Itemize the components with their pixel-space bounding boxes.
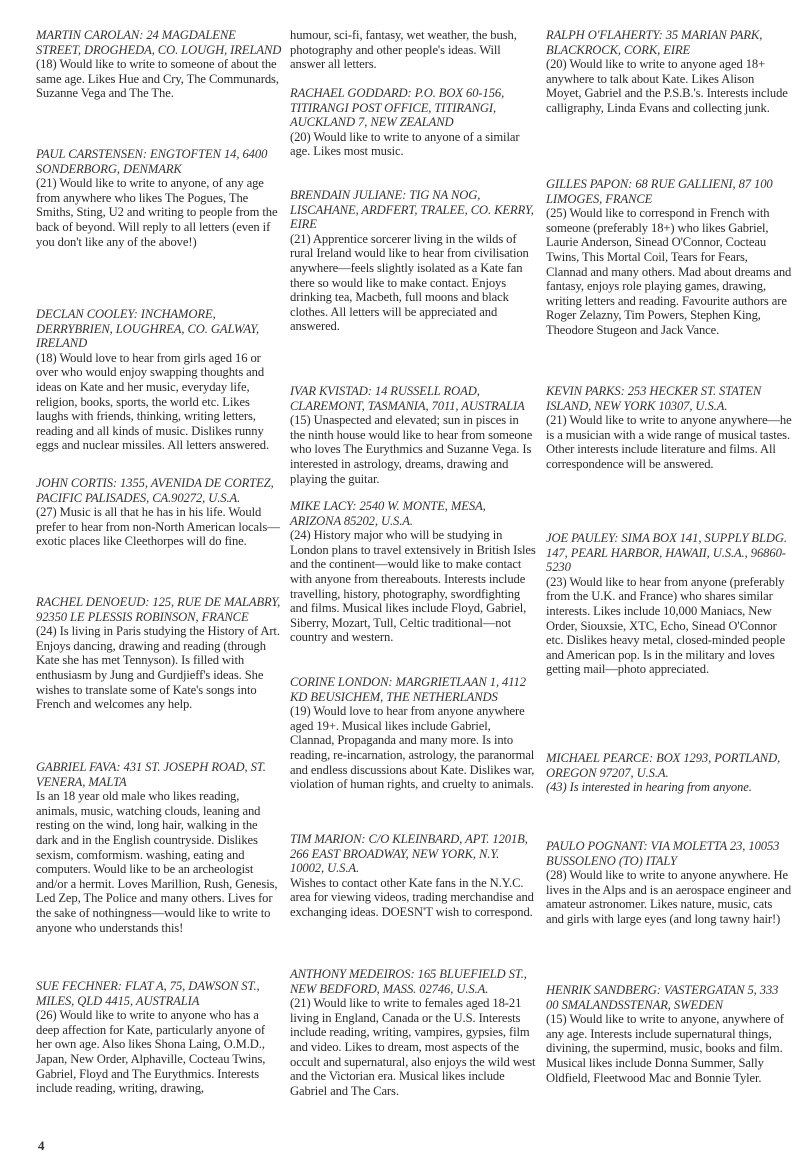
penpal-entry: SUE FECHNER: FLAT A, 75, DAWSON ST., MIL…: [36, 979, 282, 1096]
entry-body: (20) Would like to write to anyone aged …: [546, 57, 792, 115]
entry-address: BRENDAIN JULIANE: TIG NA NOG, LISCAHANE,…: [290, 188, 536, 232]
penpal-entry: PAUL CARSTENSEN: ENGTOFTEN 14, 6400 SOND…: [36, 147, 282, 249]
entry-address: GILLES PAPON: 68 RUE GALLIENI, 87 100 LI…: [546, 177, 792, 206]
page-number: 4: [38, 1138, 45, 1154]
entry-body: Wishes to contact other Kate fans in the…: [290, 876, 536, 920]
entry-body: (19) Would love to hear from anyone anyw…: [290, 704, 536, 792]
entry-body: (21) Would like to write to females aged…: [290, 996, 536, 1098]
entry-body: (24) Is living in Paris studying the His…: [36, 624, 282, 712]
entry-address: RACHEL DENOEUD: 125, RUE DE MALABRY, 923…: [36, 595, 282, 624]
penpal-entry: RACHEL DENOEUD: 125, RUE DE MALABRY, 923…: [36, 595, 282, 712]
penpal-entry: GILLES PAPON: 68 RUE GALLIENI, 87 100 LI…: [546, 177, 792, 338]
penpal-entry: GABRIEL FAVA: 431 ST. JOSEPH ROAD, ST. V…: [36, 760, 282, 935]
entry-address: MARTIN CAROLAN: 24 MAGDALENE STREET, DRO…: [36, 28, 282, 57]
penpal-entry: MARTIN CAROLAN: 24 MAGDALENE STREET, DRO…: [36, 28, 282, 101]
entry-address: SUE FECHNER: FLAT A, 75, DAWSON ST., MIL…: [36, 979, 282, 1008]
penpal-entry: MIKE LACY: 2540 W. MONTE, MESA, ARIZONA …: [290, 499, 536, 645]
penpal-entry-continued: humour, sci-fi, fantasy, wet weather, th…: [290, 28, 536, 72]
entry-address: PAULO POGNANT: VIA MOLETTA 23, 10053 BUS…: [546, 839, 792, 868]
entry-body: Is an 18 year old male who likes reading…: [36, 789, 282, 935]
entry-body: humour, sci-fi, fantasy, wet weather, th…: [290, 28, 536, 72]
entry-body: (28) Would like to write to anyone anywh…: [546, 868, 792, 926]
magazine-page: MARTIN CAROLAN: 24 MAGDALENE STREET, DRO…: [0, 0, 800, 1169]
entry-body: (15) Unaspected and elevated; sun in pis…: [290, 413, 536, 486]
penpal-entry: DECLAN COOLEY: INCHAMORE, DERRYBRIEN, LO…: [36, 307, 282, 453]
penpal-entry: MICHAEL PEARCE: BOX 1293, PORTLAND, OREG…: [546, 751, 792, 795]
entry-body: (20) Would like to write to anyone of a …: [290, 130, 536, 159]
entry-address: HENRIK SANDBERG: VASTERGATAN 5, 333 00 S…: [546, 983, 792, 1012]
penpal-entry: JOHN CORTIS: 1355, AVENIDA DE CORTEZ, PA…: [36, 476, 282, 549]
penpal-entry: CORINE LONDON: MARGRIETLAAN 1, 4112 KD B…: [290, 675, 536, 792]
entry-body: (15) Would like to write to anyone, anyw…: [546, 1012, 792, 1085]
entry-address: JOHN CORTIS: 1355, AVENIDA DE CORTEZ, PA…: [36, 476, 282, 505]
entry-address: DECLAN COOLEY: INCHAMORE, DERRYBRIEN, LO…: [36, 307, 282, 351]
entry-body: (21) Would like to write to anyone anywh…: [546, 413, 792, 471]
entry-address: MICHAEL PEARCE: BOX 1293, PORTLAND, OREG…: [546, 751, 792, 780]
entry-body: (21) Would like to write to anyone, of a…: [36, 176, 282, 249]
penpal-entry: TIM MARION: C/O KLEINBARD, APT. 1201B, 2…: [290, 832, 536, 920]
penpal-entry: RACHAEL GODDARD: P.O. BOX 60-156, TITIRA…: [290, 86, 536, 159]
entry-body: (26) Would like to write to anyone who h…: [36, 1008, 282, 1096]
entry-address: KEVIN PARKS: 253 HECKER ST. STATEN ISLAN…: [546, 384, 792, 413]
entry-address: IVAR KVISTAD: 14 RUSSELL ROAD, CLAREMONT…: [290, 384, 536, 413]
entry-address: JOE PAULEY: SIMA BOX 141, SUPPLY BLDG. 1…: [546, 531, 792, 575]
penpal-entry: ANTHONY MEDEIROS: 165 BLUEFIELD ST., NEW…: [290, 967, 536, 1098]
entry-address: PAUL CARSTENSEN: ENGTOFTEN 14, 6400 SOND…: [36, 147, 282, 176]
entry-body: (18) Would love to hear from girls aged …: [36, 351, 282, 453]
entry-body: (27) Music is all that he has in his lif…: [36, 505, 282, 549]
penpal-entry: PAULO POGNANT: VIA MOLETTA 23, 10053 BUS…: [546, 839, 792, 927]
penpal-entry: HENRIK SANDBERG: VASTERGATAN 5, 333 00 S…: [546, 983, 792, 1085]
penpal-entry: IVAR KVISTAD: 14 RUSSELL ROAD, CLAREMONT…: [290, 384, 536, 486]
entry-body: (24) History major who will be studying …: [290, 528, 536, 645]
entry-address: CORINE LONDON: MARGRIETLAAN 1, 4112 KD B…: [290, 675, 536, 704]
penpal-entry: BRENDAIN JULIANE: TIG NA NOG, LISCAHANE,…: [290, 188, 536, 334]
entry-address: GABRIEL FAVA: 431 ST. JOSEPH ROAD, ST. V…: [36, 760, 282, 789]
entry-body: (25) Would like to correspond in French …: [546, 206, 792, 337]
entry-address: MIKE LACY: 2540 W. MONTE, MESA, ARIZONA …: [290, 499, 536, 528]
entry-address: ANTHONY MEDEIROS: 165 BLUEFIELD ST., NEW…: [290, 967, 536, 996]
entry-body: (43) Is interested in hearing from anyon…: [546, 780, 792, 795]
entry-address: RALPH O'FLAHERTY: 35 MARIAN PARK, BLACKR…: [546, 28, 792, 57]
penpal-entry: KEVIN PARKS: 253 HECKER ST. STATEN ISLAN…: [546, 384, 792, 472]
entry-address: TIM MARION: C/O KLEINBARD, APT. 1201B, 2…: [290, 832, 536, 876]
entry-body: (21) Apprentice sorcerer living in the w…: [290, 232, 536, 334]
entry-body: (18) Would like to write to someone of a…: [36, 57, 282, 101]
entry-body: (23) Would like to hear from anyone (pre…: [546, 575, 792, 677]
penpal-entry: RALPH O'FLAHERTY: 35 MARIAN PARK, BLACKR…: [546, 28, 792, 116]
penpal-entry: JOE PAULEY: SIMA BOX 141, SUPPLY BLDG. 1…: [546, 531, 792, 677]
entry-address: RACHAEL GODDARD: P.O. BOX 60-156, TITIRA…: [290, 86, 536, 130]
